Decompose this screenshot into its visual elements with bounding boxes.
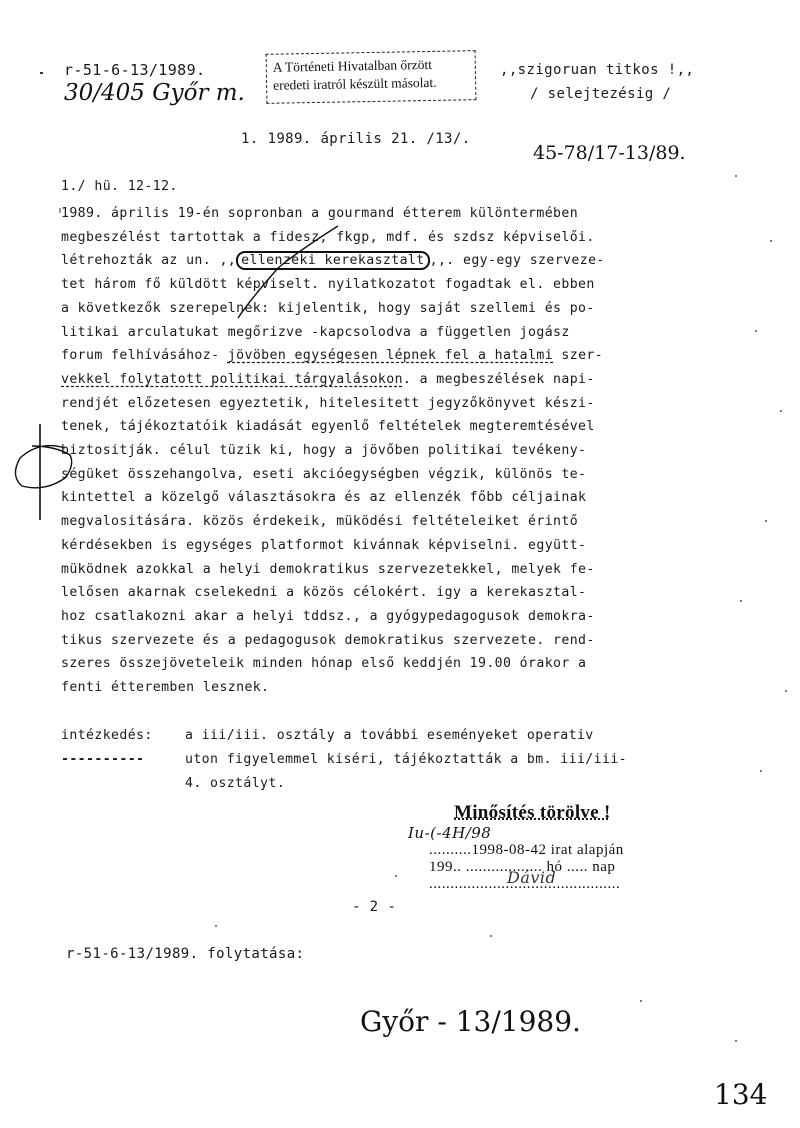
handwritten-marks [0,0,800,1128]
phi-margin-mark-icon [15,424,71,520]
check-stroke-icon [238,226,338,318]
